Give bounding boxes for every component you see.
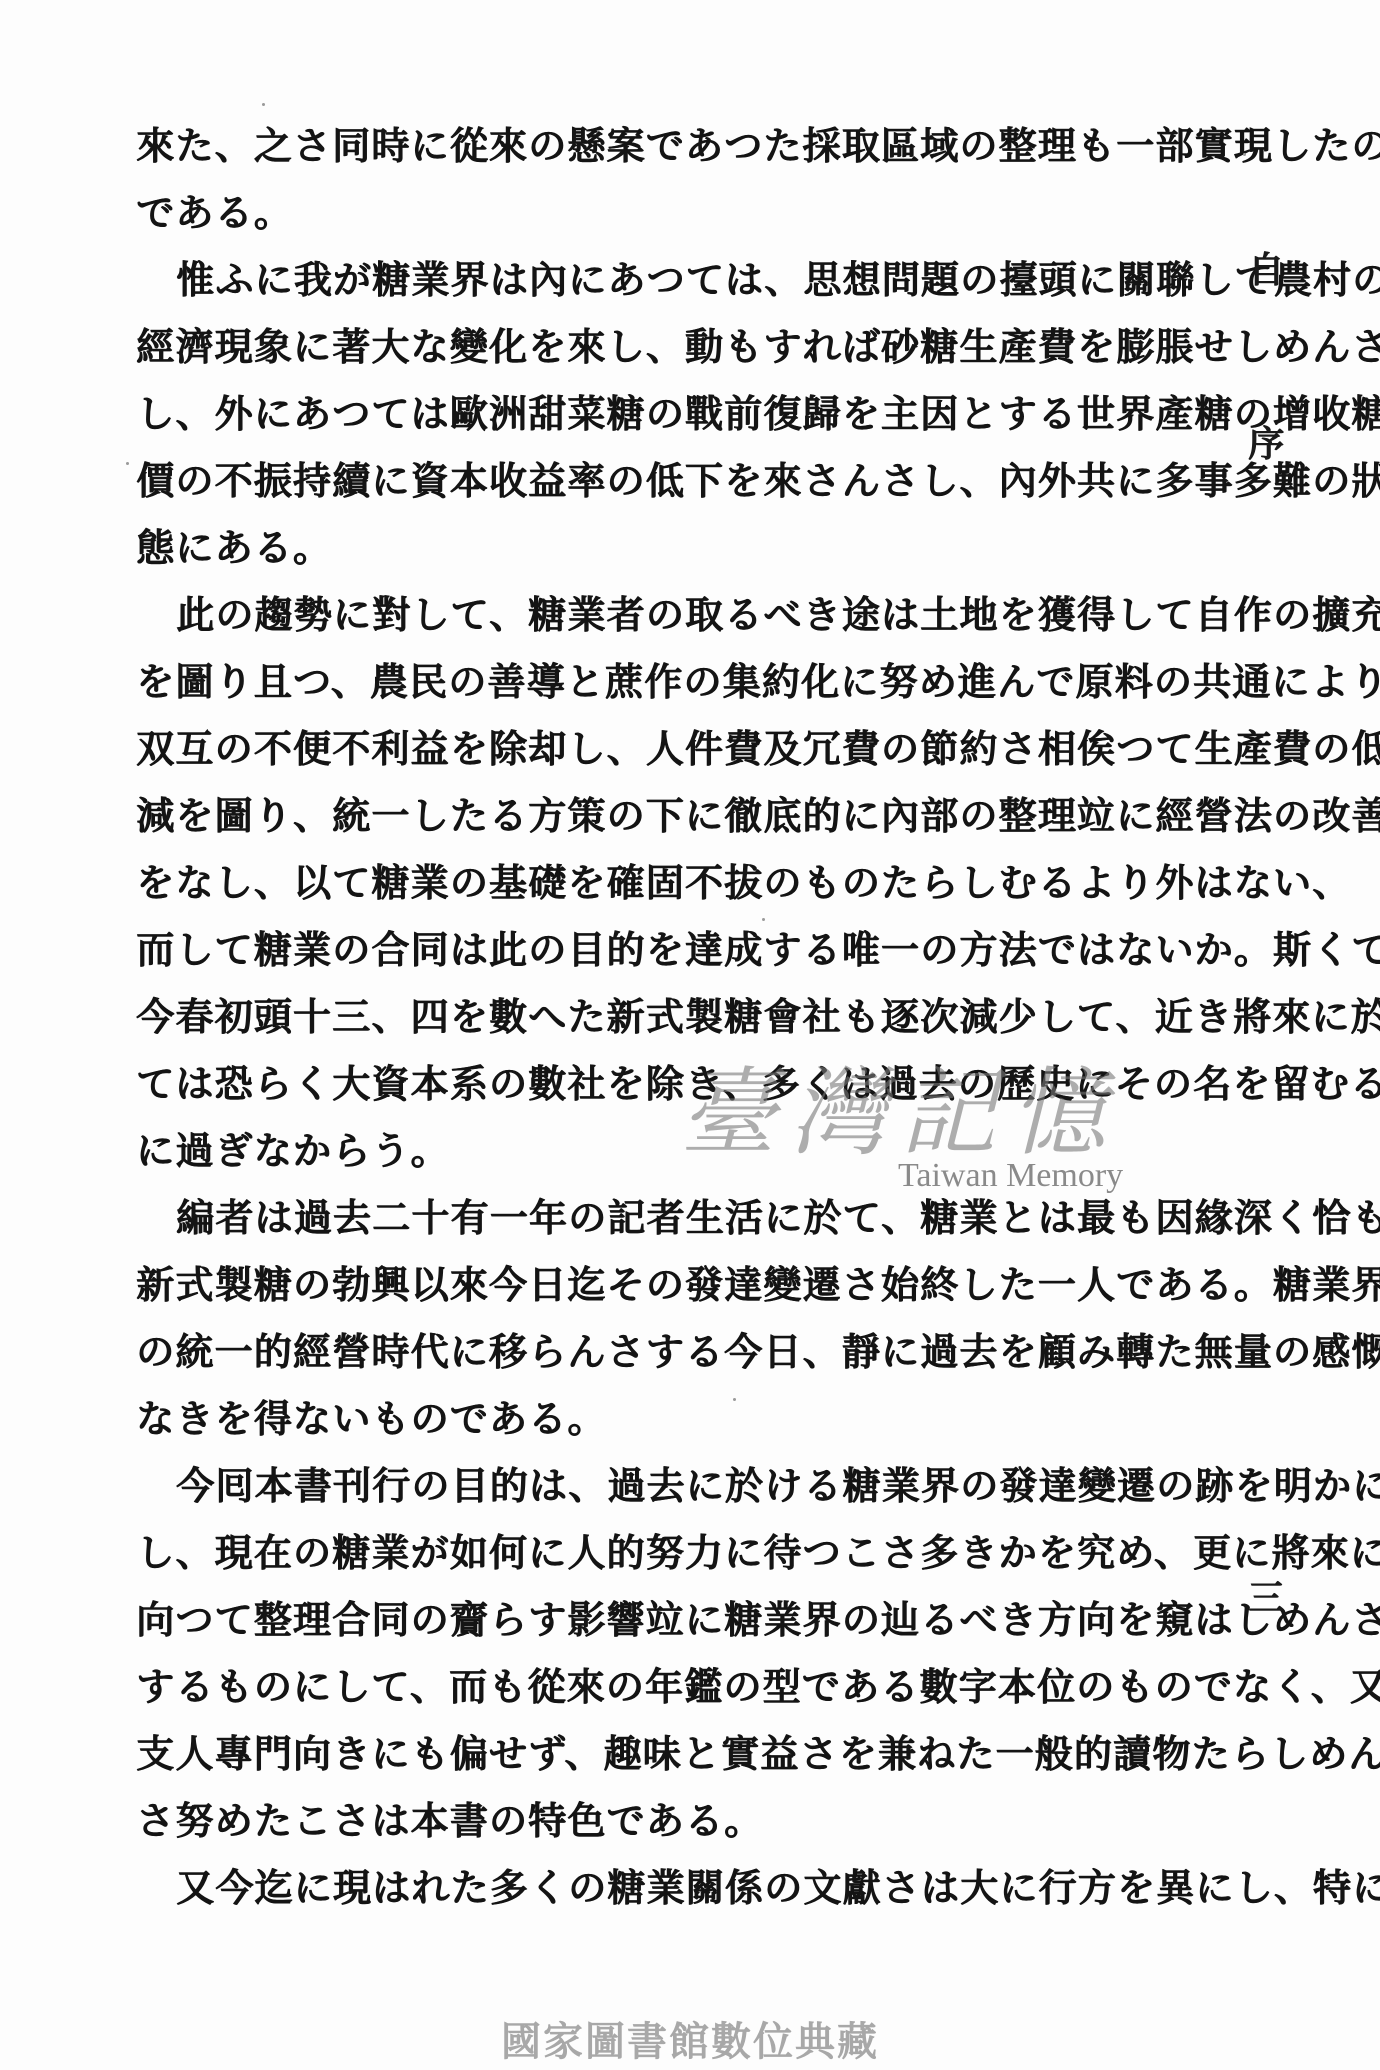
text-line-paragraph-start: 又今迄に現はれた多くの糖業關係の文獻さは大に行方を異にし、特に bbox=[136, 1854, 1211, 1921]
section-label-jo: 序 bbox=[1248, 416, 1284, 467]
scan-speck bbox=[1243, 153, 1246, 156]
page-number: 三 bbox=[1248, 1570, 1284, 1621]
text-line: 新式製糖の勃興以來今日迄その發達變遷さ始終した一人である。糖業界 bbox=[136, 1251, 1211, 1318]
section-label-ji: 自 bbox=[1248, 242, 1284, 293]
text-line: 態にある。 bbox=[136, 514, 1211, 581]
text-line: するものにして、而も從來の年鑑の型である數字本位のものでなく、又 bbox=[136, 1653, 1211, 1720]
text-line: し、現在の糖業が如何に人的努力に待つこさ多きかを究め、更に將來に bbox=[136, 1519, 1211, 1586]
text-line: ては恐らく大資本系の數社を除き、多くは過去の歷史にその名を留むる bbox=[136, 1050, 1211, 1117]
text-line: 而して糖業の合同は此の目的を達成する唯一の方法ではないか。斯くて bbox=[136, 916, 1211, 983]
text-line: の統一的經營時代に移らんさする今日、靜に過去を顧み轉た無量の感慨 bbox=[136, 1318, 1211, 1385]
text-line: さ努めたこさは本書の特色である。 bbox=[136, 1787, 1211, 1854]
text-line-paragraph-start: 惟ふに我が糖業界は內にあつては、思想問題の擡頭に關聯して農村の bbox=[136, 246, 1211, 313]
scanned-page: 來た、之さ同時に從來の懸案であつた採取區域の整理も一部實現したの である。 惟ふ… bbox=[0, 0, 1380, 2070]
text-line: に過ぎなからう。 bbox=[136, 1117, 1211, 1184]
text-line: 支人專門向きにも偏せず、趣味と實益さを兼ねた一般的讀物たらしめん bbox=[136, 1720, 1211, 1787]
text-line: である。 bbox=[136, 179, 1211, 246]
text-line: 向つて整理合同の齎らす影響竝に糖業界の辿るべき方向を窺はしめんさ bbox=[136, 1586, 1211, 1653]
text-line: 經濟現象に著大な變化を來し、動もすれば砂糖生產費を膨脹せしめんさ bbox=[136, 313, 1211, 380]
text-line: を圖り且つ、農民の善導と蔗作の集約化に努め進んで原料の共通により bbox=[136, 648, 1211, 715]
collection-footer: 國家圖書館數位典藏 bbox=[0, 2010, 1380, 2067]
text-line-paragraph-start: 此の趨勢に對して、糖業者の取るべき途は土地を獲得して自作の擴充 bbox=[136, 581, 1211, 648]
scan-speck bbox=[262, 103, 265, 106]
text-line: 今春初頭十三、四を數へた新式製糖會社も逐次減少して、近き將來に於 bbox=[136, 983, 1211, 1050]
text-line: 双互の不便不利益を除却し、人件費及冗費の節約さ相俟つて生產費の低 bbox=[136, 715, 1211, 782]
text-line-paragraph-start: 今囘本書刊行の目的は、過去に於ける糖業界の發達變遷の跡を明かに bbox=[136, 1452, 1211, 1519]
scan-speck bbox=[733, 1398, 736, 1401]
text-line: 減を圖り、統一したる方策の下に徹底的に內部の整理竝に經營法の改善 bbox=[136, 782, 1211, 849]
text-line: 來た、之さ同時に從來の懸案であつた採取區域の整理も一部實現したの bbox=[136, 112, 1211, 179]
text-line: をなし、以て糖業の基礎を確固不拔のものたらしむるより外はない、 bbox=[136, 849, 1211, 916]
scan-speck bbox=[762, 918, 765, 921]
text-line: し、外にあつては歐洲甜菜糖の戰前復歸を主因とする世界產糖の增收糖 bbox=[136, 380, 1211, 447]
text-line-paragraph-start: 編者は過去二十有一年の記者生活に於て、糖業とは最も因緣深く恰も bbox=[136, 1184, 1211, 1251]
scan-speck bbox=[126, 462, 129, 465]
preface-body: 來た、之さ同時に從來の懸案であつた採取區域の整理も一部實現したの である。 惟ふ… bbox=[136, 112, 1211, 1921]
text-line: 價の不振持續に資本收益率の低下を來さんさし、內外共に多事多難の狀 bbox=[136, 447, 1211, 514]
text-line: なきを得ないものである。 bbox=[136, 1385, 1211, 1452]
